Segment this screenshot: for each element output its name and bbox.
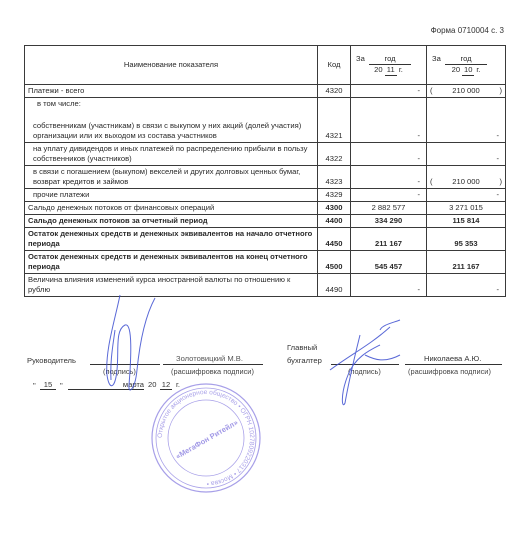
date-year-suffix: г. — [176, 380, 180, 389]
chief-accountant-name: Николаева А.Ю. — [424, 354, 481, 363]
row-name: Сальдо денежных потоков за отчетный пери… — [25, 215, 318, 228]
row-code: 4320 — [318, 85, 351, 98]
table-header-row: Наименование показателя Код За год 20 11… — [25, 46, 506, 85]
chief-accountant-decoding-caption: (расшифровка подписи) — [408, 367, 491, 376]
row-value-2010: 115 814 — [427, 215, 506, 228]
row-code: 4322 — [318, 143, 351, 166]
chief-accountant-signature-line — [331, 364, 399, 365]
cash-flow-table: Наименование показателя Код За год 20 11… — [24, 45, 506, 297]
row-name: в том числе: — [25, 98, 318, 111]
row-name: Величина влияния изменений курса иностра… — [25, 274, 318, 297]
chief-accountant-signature-caption: (подпись) — [348, 367, 381, 376]
row-code: 4400 — [318, 215, 351, 228]
stamp-center-text: «МегаФон Ритейл» — [174, 418, 240, 461]
row-value-2011: - — [351, 143, 427, 166]
row-value-2010: - — [427, 274, 506, 297]
row-value-2010: - — [427, 110, 506, 143]
table-row: Сальдо денежных потоков за отчетный пери… — [25, 215, 506, 228]
date-year: 12 — [160, 380, 172, 390]
row-code: 4300 — [318, 202, 351, 215]
header-code: Код — [318, 46, 351, 85]
row-name: Сальдо денежных потоков от финансовых оп… — [25, 202, 318, 215]
table-row: прочие платежи 4329 - - — [25, 189, 506, 202]
row-value-2010: (210 000) — [427, 166, 506, 189]
chief-accountant-label-1: Главный — [287, 343, 317, 352]
row-code: 4490 — [318, 274, 351, 297]
table-row: собственникам (участникам) в связи с вык… — [25, 110, 506, 143]
director-decoding-caption: (расшифровка подписи) — [171, 367, 254, 376]
header-year-2010: За год 20 10 г. — [427, 46, 506, 85]
row-value-2011: - — [351, 166, 427, 189]
chief-accountant-name-line — [405, 364, 502, 365]
row-value-2010: - — [427, 189, 506, 202]
table-row: Остаток денежных средств и денежных экви… — [25, 251, 506, 274]
header-name: Наименование показателя — [25, 46, 318, 85]
row-name: прочие платежи — [25, 189, 318, 202]
date-open-quote: " — [33, 381, 36, 390]
row-code: 4500 — [318, 251, 351, 274]
row-code — [318, 98, 351, 111]
director-label: Руководитель — [27, 356, 76, 365]
row-value-2010: 95 353 — [427, 228, 506, 251]
row-name: Платежи - всего — [25, 85, 318, 98]
chief-accountant-label-2: бухгалтер — [287, 356, 322, 365]
row-value-2011: 334 290 — [351, 215, 427, 228]
row-value-2011 — [351, 98, 427, 111]
director-signature-line — [90, 364, 160, 365]
company-stamp: Открытое акционерное общество • ОГРН 102… — [150, 382, 262, 494]
table-row: Сальдо денежных потоков от финансовых оп… — [25, 202, 506, 215]
row-value-2011: 211 167 — [351, 228, 427, 251]
date-year-prefix: 20 — [148, 380, 156, 389]
stamp-ring-text: Открытое акционерное общество • ОГРН 102… — [157, 389, 255, 487]
row-code: 4450 — [318, 228, 351, 251]
row-value-2011: - — [351, 110, 427, 143]
director-signature-icon — [85, 290, 165, 400]
row-name: Остаток денежных средств и денежных экви… — [25, 251, 318, 274]
row-value-2010 — [427, 98, 506, 111]
row-name: на уплату дивидендов и иных платежей по … — [25, 143, 318, 166]
row-value-2010: 211 167 — [427, 251, 506, 274]
row-code: 4329 — [318, 189, 351, 202]
row-name: в связи с погашением (выкупом) векселей … — [25, 166, 318, 189]
header-year-2011: За год 20 11 г. — [351, 46, 427, 85]
svg-text:Открытое акционерное общество: Открытое акционерное общество • ОГРН 102… — [157, 389, 255, 487]
date-day: 15 — [40, 380, 56, 390]
row-value-2010: - — [427, 143, 506, 166]
table-row: Величина влияния изменений курса иностра… — [25, 274, 506, 297]
row-value-2011: 2 882 577 — [351, 202, 427, 215]
table-row: Остаток денежных средств и денежных экви… — [25, 228, 506, 251]
table-row: в связи с погашением (выкупом) векселей … — [25, 166, 506, 189]
form-code: Форма 0710004 с. 3 — [431, 26, 504, 35]
row-code: 4321 — [318, 110, 351, 143]
row-value-2011: 545 457 — [351, 251, 427, 274]
row-value-2010: 3 271 015 — [427, 202, 506, 215]
date-close-quote: " — [60, 381, 63, 390]
row-value-2011: - — [351, 274, 427, 297]
row-code: 4323 — [318, 166, 351, 189]
director-signature-caption: (подпись) — [103, 367, 136, 376]
director-name-line — [163, 364, 263, 365]
chief-accountant-signature-icon — [320, 315, 410, 410]
table-row: в том числе: — [25, 98, 506, 111]
row-name: собственникам (участникам) в связи с вык… — [25, 110, 318, 143]
row-value-2011: - — [351, 189, 427, 202]
row-value-2010: (210 000) — [427, 85, 506, 98]
table-row: Платежи - всего 4320 - (210 000) — [25, 85, 506, 98]
table-row: на уплату дивидендов и иных платежей по … — [25, 143, 506, 166]
director-name: Золотовицкий М.В. — [176, 354, 243, 363]
date-month: марта — [68, 380, 144, 390]
row-value-2011: - — [351, 85, 427, 98]
row-name: Остаток денежных средств и денежных экви… — [25, 228, 318, 251]
